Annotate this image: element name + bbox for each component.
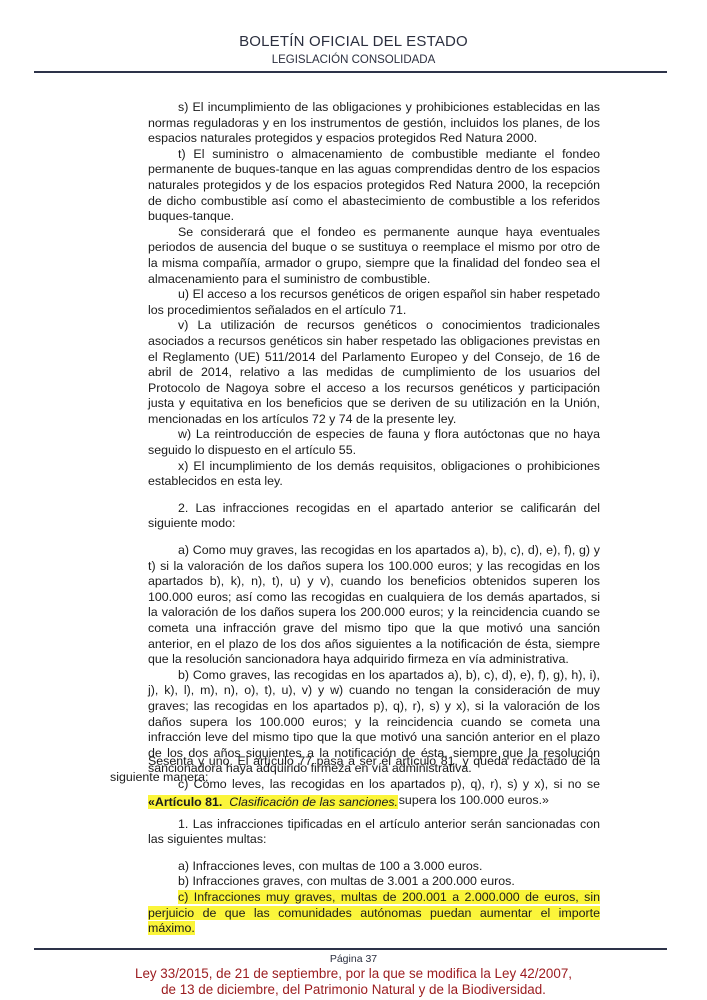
spacer [148, 532, 600, 543]
article-title: Clasificación de las sanciones. [229, 795, 398, 809]
fine-item-b: b) Infracciones graves, con multas de 3.… [148, 874, 600, 890]
highlighted-article-heading: «Artículo 81. Clasificación de las sanci… [148, 795, 398, 809]
article-number: «Artículo 81. [148, 795, 222, 809]
paragraph-x: x) El incumplimiento de los demás requis… [148, 459, 600, 490]
article-81-block: «Artículo 81. Clasificación de las sanci… [148, 795, 600, 937]
footer-divider [34, 948, 667, 950]
amendment-intro-block: Sesenta y uno. El artículo 77 pasa a ser… [110, 754, 600, 785]
fine-item-a: a) Infracciones leves, con multas de 100… [148, 859, 600, 875]
paragraph-s: s) El incumplimiento de las obligaciones… [148, 100, 600, 147]
gazette-title: BOLETÍN OFICIAL DEL ESTADO [0, 33, 707, 51]
spacer [148, 848, 600, 859]
paragraph-t: t) El suministro o almacenamiento de com… [148, 147, 600, 225]
paragraph-fondeo: Se considerará que el fondeo es permanen… [148, 225, 600, 287]
gazette-subtitle: LEGISLACIÓN CONSOLIDADA [0, 52, 707, 68]
page-number: Página 37 [0, 953, 707, 966]
spacer [148, 490, 600, 501]
paragraph-w: w) La reintroducción de especies de faun… [148, 427, 600, 458]
document-body: s) El incumplimiento de las obligaciones… [148, 100, 600, 808]
law-title-line-1: Ley 33/2015, de 21 de septiembre, por la… [0, 966, 707, 982]
article-heading-line: «Artículo 81. Clasificación de las sanci… [148, 795, 600, 811]
paragraph-2: 2. Las infracciones recogidas en el apar… [148, 501, 600, 532]
paragraph-u: u) El acceso a los recursos genéticos de… [148, 287, 600, 318]
paragraph-v: v) La utilización de recursos genéticos … [148, 318, 600, 427]
fine-item-c: c) Infracciones muy graves, multas de 20… [148, 890, 600, 937]
highlighted-fine-item-c: c) Infracciones muy graves, multas de 20… [148, 890, 600, 935]
header-divider [34, 71, 667, 73]
document-footer: Página 37 Ley 33/2015, de 21 de septiemb… [0, 953, 707, 998]
document-header: BOLETÍN OFICIAL DEL ESTADO LEGISLACIÓN C… [0, 33, 707, 68]
article-para-1: 1. Las infracciones tipificadas en el ar… [148, 817, 600, 848]
law-title-line-2: de 13 de diciembre, del Patrimonio Natur… [0, 982, 707, 998]
paragraph-2a: a) Como muy graves, las recogidas en los… [148, 543, 600, 668]
amendment-intro: Sesenta y uno. El artículo 77 pasa a ser… [110, 754, 600, 785]
